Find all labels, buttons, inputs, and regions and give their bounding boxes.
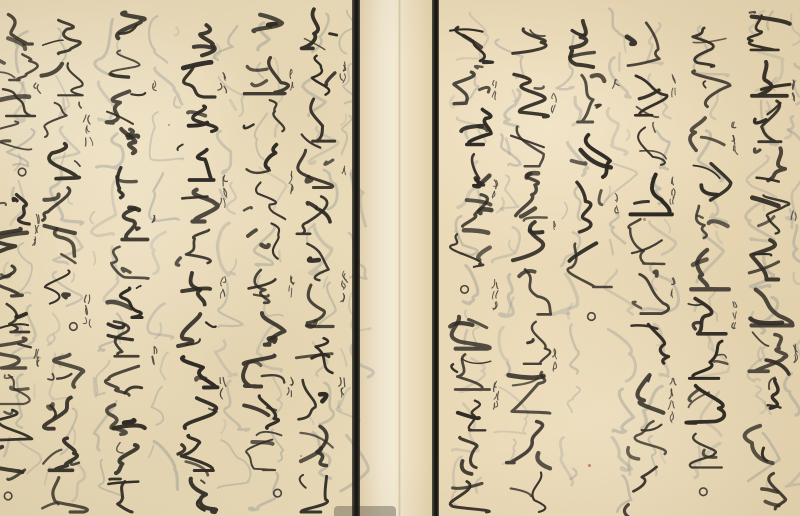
text-column-l6: 地ふして。南と小乃地の端と。 <box>0 10 46 514</box>
calligraphy-strokes <box>442 24 506 514</box>
gutter-crease <box>398 0 401 516</box>
paper-speck <box>300 455 302 457</box>
text-column-r6: くのは細長く。東へと都く <box>442 24 506 514</box>
text-column-r5: 第十番は根室の國南は <box>500 20 564 514</box>
text-column-r4: 余人ある里。 <box>561 14 625 344</box>
calligraphy-strokes <box>236 12 300 514</box>
calligraphy-strokes <box>680 24 744 514</box>
paper-speck <box>588 464 591 467</box>
calligraphy-strokes <box>0 10 46 514</box>
calligraphy-strokes <box>500 20 564 514</box>
text-column-r1: 戸浦是より地方細くなり <box>740 6 800 511</box>
right-page-border-rule <box>432 0 439 516</box>
left-page-border-rule <box>352 0 360 516</box>
text-column-r3: 國都にて人口一千五百 <box>618 18 682 514</box>
paper-speck <box>168 124 170 126</box>
text-column-l2: 一水を隔てて東西お望む。 <box>236 12 300 514</box>
calligraphy-strokes <box>98 8 162 514</box>
page-gutter <box>360 0 432 516</box>
calligraphy-strokes <box>561 14 625 344</box>
text-column-r2: 根室の國に入り堺少く。 <box>680 24 744 514</box>
text-column-l3: 西にて釧路と相見えて小隣 <box>168 16 232 514</box>
book-scan: 戸浦是より地方細くなり 根室の國に入り堺少く。 國都にて人口一千五百 余人ある里… <box>0 0 800 516</box>
calligraphy-strokes <box>168 16 232 514</box>
calligraphy-strokes <box>618 18 682 514</box>
paper-speck <box>643 218 646 221</box>
calligraphy-strokes <box>740 6 800 511</box>
text-column-l4: 里まで小見の家ふり山林立え <box>98 8 162 514</box>
